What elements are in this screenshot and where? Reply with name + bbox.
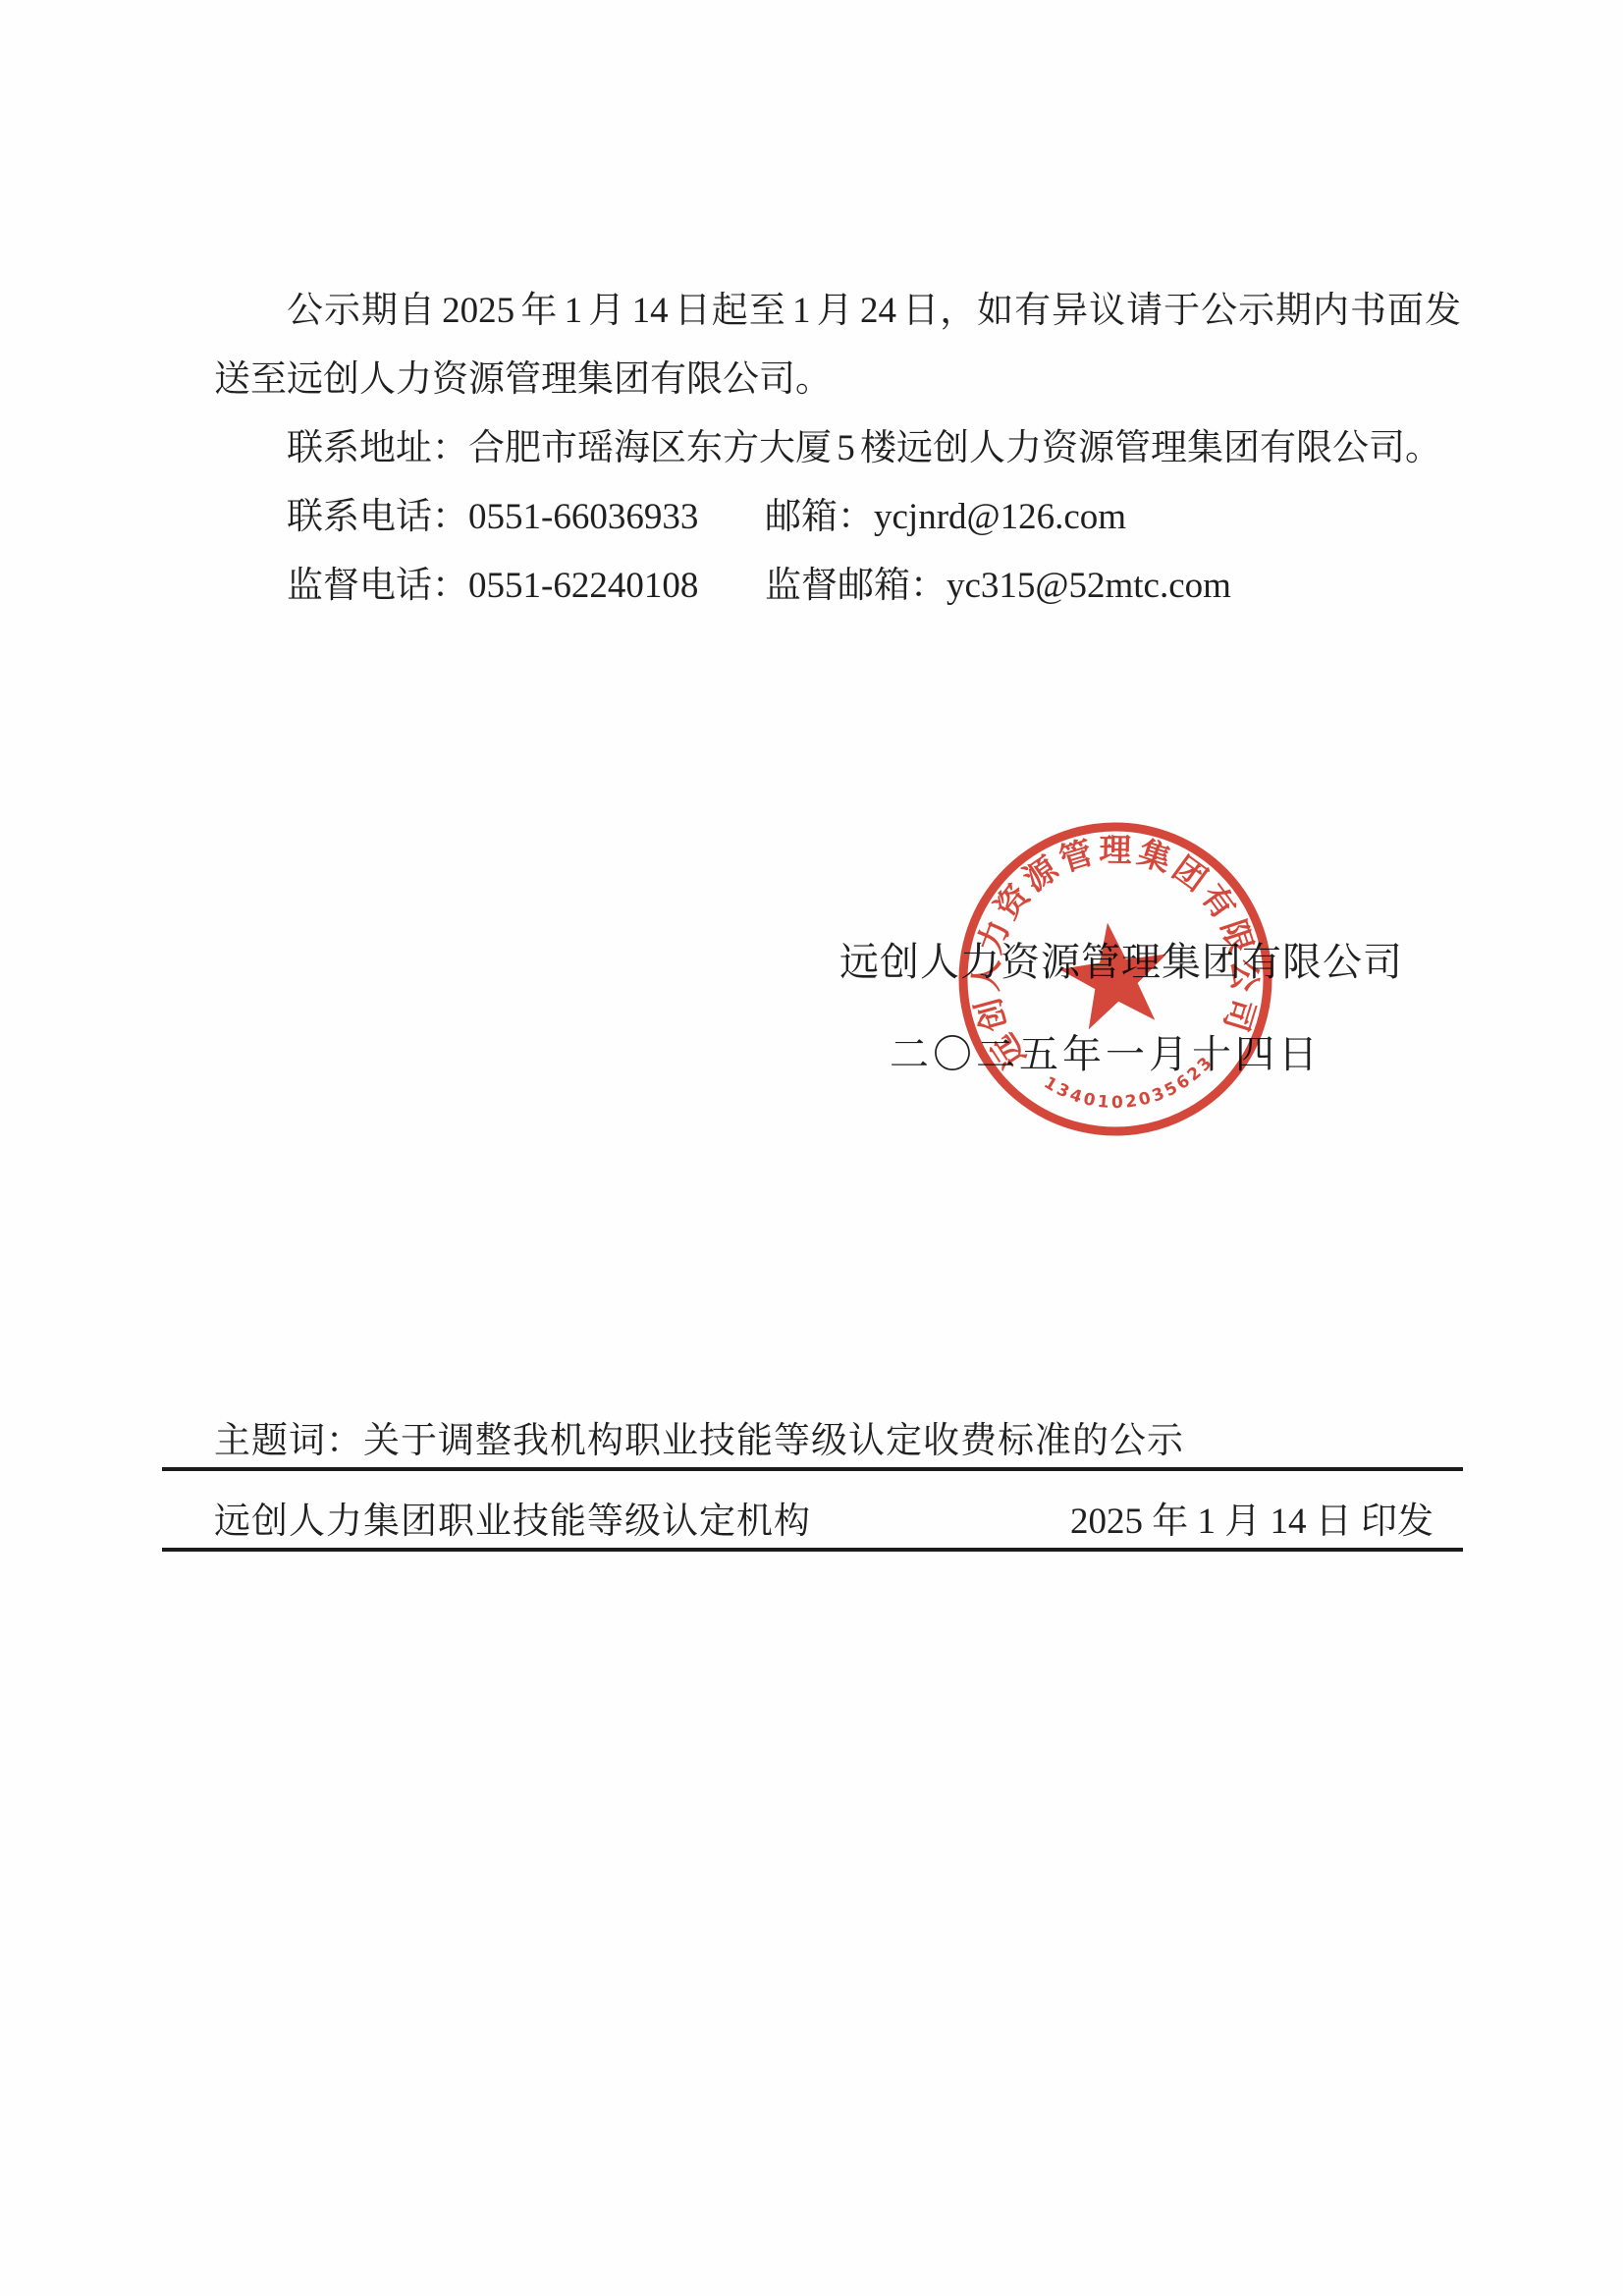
contact-phone-row: 联系电话：0551-66036933 邮箱：ycjnrd@126.com [214, 483, 1461, 552]
supervise-phone-label: 监督电话： [287, 566, 468, 606]
email-label: 邮箱： [765, 497, 874, 537]
notice-period-paragraph: 公示期自 2025 年 1 月 14 日起至 1 月 24 日，如有异议请于公示… [214, 277, 1461, 414]
supervise-phone-value: 0551-62240108 [468, 566, 698, 606]
footer-issuer: 远创人力集团职业技能等级认定机构 [214, 1491, 811, 1544]
email-col: 邮箱：ycjnrd@126.com [765, 483, 1126, 552]
footer-divider-top [162, 1467, 1463, 1471]
supervise-email-value: yc315@52mtc.com [947, 566, 1231, 606]
document-page: 公示期自 2025 年 1 月 14 日起至 1 月 24 日，如有异议请于公示… [0, 0, 1623, 2296]
subject-label: 主题词： [214, 1421, 363, 1461]
footer-print-date: 2025 年 1 月 14 日 印发 [1070, 1491, 1434, 1544]
contact-phone-label: 联系电话： [287, 497, 468, 537]
email-value: ycjnrd@126.com [874, 497, 1126, 537]
contact-address-line: 联系地址：合肥市瑶海区东方大厦 5 楼远创人力资源管理集团有限公司。 [214, 414, 1461, 483]
notice-body: 公示期自 2025 年 1 月 14 日起至 1 月 24 日，如有异议请于公示… [214, 277, 1461, 621]
supervise-email-label: 监督邮箱： [765, 566, 947, 606]
official-seal: 远创人力资源管理集团有限公司 1340102035623 [925, 789, 1307, 1171]
contact-phone-value: 0551-66036933 [468, 497, 698, 537]
footer-divider-bottom [162, 1548, 1463, 1552]
supervise-phone-row: 监督电话：0551-62240108 监督邮箱：yc315@52mtc.com [214, 552, 1461, 621]
subject-text: 关于调整我机构职业技能等级认定收费标准的公示 [363, 1421, 1184, 1461]
supervise-email-col: 监督邮箱：yc315@52mtc.com [765, 552, 1231, 621]
footer-subject-line: 主题词：关于调整我机构职业技能等级认定收费标准的公示 [214, 1410, 1184, 1463]
seal-star-icon [1054, 915, 1175, 1032]
